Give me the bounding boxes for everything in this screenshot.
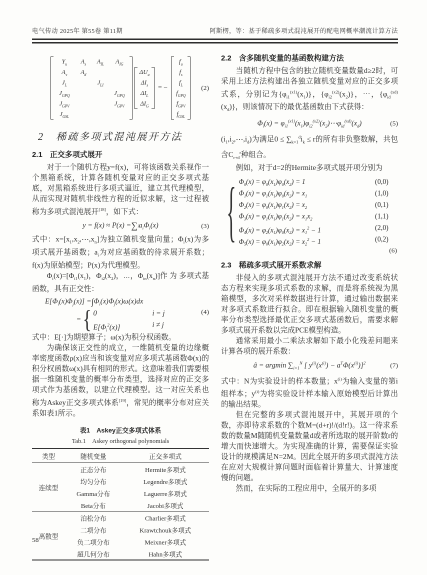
equation-number: (5) — [390, 120, 398, 128]
equation-number: (3) — [201, 222, 209, 230]
table-row: 离散型 泊松分布Charlier多项式 — [32, 511, 209, 523]
paragraph: 例如，对于d=2的Hermite多项式展开项分别为 — [221, 163, 398, 174]
header-double-rule — [32, 39, 398, 44]
paper-page: 电气传动 2025年 第55卷 第11期 阿斯楞，等：基于稀疏多项式混沌展开的配… — [0, 0, 427, 575]
left-brace: { — [83, 305, 92, 335]
equation-2: YuAsAILAIG AvAd JLJLI JGPQJGPQ JGPVJGPV … — [32, 56, 209, 119]
section-2-2-heading: 2.2 含多随机变量的基函数构建方法 — [221, 52, 398, 63]
paragraph: 对于一个随机方程y=f(x)，可将该函数关系视作一个黑箱系统，计算各随机变量对应… — [32, 162, 209, 217]
group-type: 连续型 — [32, 463, 65, 512]
paragraph: 但在完整的多项式混沌展开中，其展开项的个数，亦即待求系数的个数M=(d+r)!/… — [221, 410, 398, 484]
mismatch-vector: fu fs fL fGPQ fGPV fGSL — [171, 56, 190, 119]
paragraph: 式中：E[·]为期望算子；ω(x)为积分权函数。 — [32, 333, 209, 344]
equation-5: Φi(x) = φi1(x1)(x1)φi2(x2)(x2)⋯φid(xd)(x… — [221, 119, 398, 129]
paragraph: (i1,i2,⋯,id)为满足0 ≤ ∑k=1dik ≤ r的所有非负整数解，共… — [221, 132, 398, 163]
page-number: 58 — [32, 536, 39, 544]
section-2-1-heading: 2.1 正交多项式展开 — [32, 149, 209, 160]
paragraph: 式中：x=[x1,x2,⋯,xn]为独立随机变量向量；Φi(x)为多项式展开基函… — [32, 235, 209, 271]
state-vector: ΔUu ΔIs ΔIL ΔIG — [134, 67, 154, 109]
right-bracket — [151, 67, 154, 109]
table-caption-cn: 表1 Askey正交多项式体系 — [32, 425, 209, 435]
right-column: 2.2 含多随机变量的基函数构建方法 当随机方程中包含的独立随机变量数量d≥2时… — [221, 51, 398, 560]
page-header: 电气传动 2025年 第55卷 第11期 阿斯楞，等：基于稀疏多项式混沌展开的配… — [32, 26, 398, 35]
paragraph: 当随机方程中包含的独立随机变量数量d≥2时，可采用上述方法构建出各独立随机变量对… — [221, 66, 398, 115]
jacobian-matrix: YuAsAILAIG AvAd JLJLI JGPQJGPQ JGPVJGPV … — [50, 56, 132, 119]
paragraph: 通常采用最小二乘法求解如下最小化残差问题来计算各项的展开系数： — [221, 336, 398, 357]
table-row: 连续型 正态分布Hermite多项式 — [32, 463, 209, 475]
paragraph: Φi(x)=[Φi1(x1)，Φi2(x2)，⋯，Φin(xn)]作 为 多项式… — [32, 271, 209, 294]
paragraph: 然而，在实际的工程应用中，全展开的多项 — [221, 484, 398, 495]
section-2-3-heading: 2.3 稀疏多项式展开系数求解 — [221, 259, 398, 270]
two-column-body: YuAsAILAIG AvAd JLJLI JGPQJGPQ JGPVJGPV … — [32, 51, 398, 560]
paragraph: 为确保该正交性的成立，一维随机变量的边缘概率密度函数ρ(x)应当和该变量对应多项… — [32, 343, 209, 419]
equation-6: { Φ0(x) = φ0(x1)φ0(x2) = 1(0,0) Φ1(x) = … — [224, 176, 398, 245]
table-header-row: 类型 随机变量 正交多项式 — [32, 449, 209, 463]
paragraph: 非侵入的多项式混沌展开方法不通过改变系统状态方程来实现多项式系数的求解，而是将系… — [221, 273, 398, 336]
equals-minus-sign: = − — [158, 84, 168, 92]
right-bracket — [129, 56, 132, 119]
askey-polynomials-table: 类型 随机变量 正交多项式 连续型 正态分布Hermite多项式 均匀分布Leg… — [32, 448, 209, 561]
equals-sign: = — [76, 315, 81, 324]
left-brace: { — [227, 172, 237, 251]
equation-3: y = f(x) ≈ P(x) = ∑iaiΦi(x) (3) — [32, 221, 209, 232]
journal-issue-info: 电气传动 2025年 第55卷 第11期 — [32, 26, 123, 35]
left-column: YuAsAILAIG AvAd JLJLI JGPQJGPQ JGPVJGPV … — [32, 51, 209, 560]
equation-7: â = argmin ∑i=1N [ y(i)(x(i)) − aTΦ(x(i)… — [221, 360, 398, 370]
equation-number: (2) — [201, 84, 209, 92]
equation-number: (6) — [221, 246, 397, 254]
equation-number: (7) — [390, 361, 398, 369]
section-2-heading: 2 稀疏多项式混沌展开方法 — [38, 128, 209, 143]
paragraph: 式中：N为实验设计的样本数量；x(i)为输入变量的第i组样本；y(i)为将实验设… — [221, 374, 398, 410]
running-title: 阿斯楞，等：基于稀疏多项式混沌展开的配电网概率潮流计算方法 — [209, 26, 398, 35]
table-1-caption: 表1 Askey正交多项式体系 Tab.1 Askey orthogonal p… — [32, 425, 209, 445]
equation-number: (4) — [201, 308, 209, 316]
table-caption-en: Tab.1 Askey orthogonal polynomials — [32, 436, 209, 445]
equation-4: E[Φi(x)Φj(x)] = ∫Φi(x)Φj(x)ω(x)dx = { 0i… — [32, 297, 209, 331]
right-bracket — [188, 56, 191, 119]
